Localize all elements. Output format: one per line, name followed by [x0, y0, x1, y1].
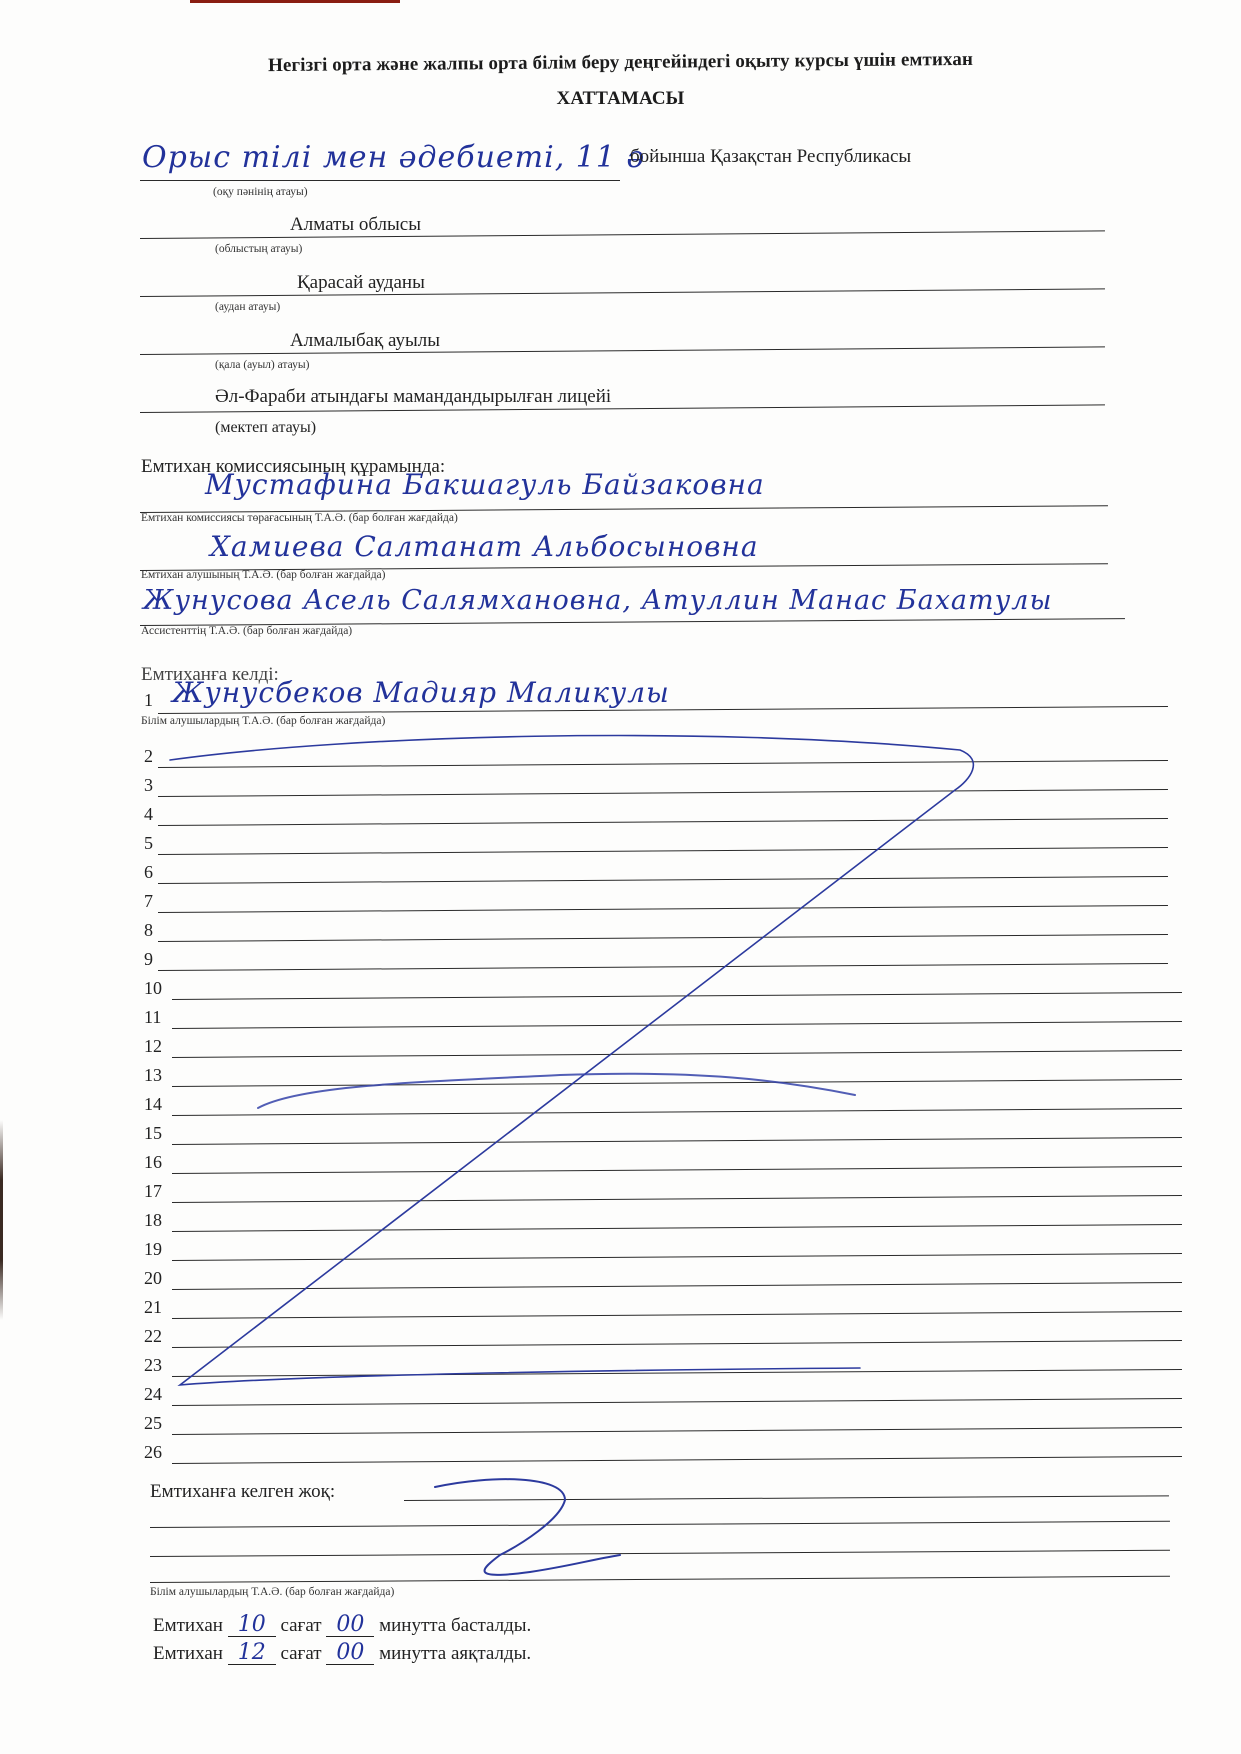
end-prefix: Емтихан [153, 1643, 223, 1664]
z-stroke-mid [258, 1074, 855, 1108]
attended-row-number: 24 [144, 1384, 174, 1405]
absent-rule-2 [150, 1521, 1170, 1528]
school-value: Әл-Фараби атындағы мамандандырылған лице… [215, 386, 611, 408]
attended-row-rule [158, 818, 1168, 826]
attended-row-number: 15 [144, 1123, 174, 1144]
attended-row-name: Жунусбеков Мадияр Маликулы [172, 676, 670, 709]
attended-row-rule [172, 1253, 1182, 1261]
attended-row-number: 13 [144, 1065, 174, 1086]
attended-row-number: 17 [144, 1181, 174, 1202]
school-caption: (мектеп атауы) [215, 419, 316, 437]
attended-row-number: 21 [144, 1297, 174, 1318]
end-suffix: минутта аяқталды. [379, 1643, 531, 1664]
chair-caption: Емтихан комиссиясы төрағасының Т.А.Ә. (б… [141, 512, 458, 524]
attended-row-number: 22 [144, 1326, 174, 1347]
paper-left-shadow [0, 1120, 3, 1320]
attended-row-rule [172, 1369, 1182, 1377]
attended-row-number: 4 [144, 804, 174, 825]
attended-row-rule [158, 789, 1168, 797]
assistants-caption: Ассистенттің Т.А.Ә. (бар болған жағдайда… [141, 625, 352, 637]
end-minutes: 00 [326, 1642, 374, 1665]
absent-z-stroke [435, 1479, 620, 1575]
attended-row-number: 18 [144, 1210, 174, 1231]
start-prefix: Емтихан [153, 1615, 223, 1636]
chair-handwritten: Мустафина Бакшагуль Байзаковна [205, 468, 765, 501]
document-subtitle: ХАТТАМАСЫ [0, 88, 1241, 110]
paper-edge-strip [190, 0, 400, 3]
attended-row-rule [158, 876, 1168, 884]
attended-row-rule [158, 934, 1168, 942]
district-caption: (аудан атауы) [215, 301, 280, 313]
attended-row-rule [172, 1311, 1182, 1319]
attended-row-number: 9 [144, 949, 174, 970]
end-time-line: Емтихан 12 сағат 00 минутта аяқталды. [153, 1642, 531, 1665]
document-title: Негізгі орта және жалпы орта білім беру … [0, 47, 1241, 80]
city-value: Алмалыбақ ауылы [290, 330, 440, 352]
subject-handwritten: Орыс тілі мен әдебиеті, 11 ә [142, 140, 645, 175]
start-hours: 10 [228, 1614, 276, 1637]
region-rule [140, 230, 1105, 239]
attended-row-number: 25 [144, 1413, 174, 1434]
attended-row-rule [172, 1166, 1182, 1174]
attended-row-number: 23 [144, 1355, 174, 1376]
attended-row-rule [172, 1282, 1182, 1290]
end-hours: 12 [228, 1642, 276, 1665]
attended-row-rule [172, 1195, 1182, 1203]
attended-row-rule [172, 1340, 1182, 1348]
attended-row-number: 2 [144, 746, 174, 767]
start-suffix: минутта басталды. [379, 1615, 531, 1636]
attended-row-rule [172, 1456, 1182, 1464]
attended-row-number: 11 [144, 1007, 174, 1028]
absent-rule-1 [404, 1495, 1169, 1501]
attended-row-number: 5 [144, 833, 174, 854]
examiner-caption: Емтихан алушының Т.А.Ә. (бар болған жағд… [141, 569, 386, 581]
subject-caption: (оқу пәнінің атауы) [213, 186, 308, 198]
attended-row-number: 19 [144, 1239, 174, 1260]
attended-row-number: 7 [144, 891, 174, 912]
start-minutes: 00 [326, 1614, 374, 1637]
attended-row-rule [158, 905, 1168, 913]
examiner-handwritten: Хамиева Салтанат Альбосыновна [210, 530, 759, 563]
attended-row-rule [172, 1050, 1182, 1058]
absent-rule-4 [150, 1576, 1170, 1583]
attended-row-number: 8 [144, 920, 174, 941]
absent-rule-3 [150, 1550, 1170, 1557]
assistants-handwritten: Жунусова Асель Салямхановна, Атуллин Ман… [143, 585, 1052, 616]
attended-row-number: 10 [144, 978, 174, 999]
attended-row-rule [172, 1398, 1182, 1406]
attended-row-number: 14 [144, 1094, 174, 1115]
attended-row-number: 1 [144, 690, 174, 711]
attended-row-rule [172, 992, 1182, 1000]
attended-row-rule [172, 1108, 1182, 1116]
attended-row-rule [172, 1137, 1182, 1145]
attended-row-number: 3 [144, 775, 174, 796]
attended-caption: Білім алушылардың Т.А.Ә. (бар болған жағ… [141, 715, 385, 727]
start-mid: сағат [280, 1615, 321, 1636]
city-caption: (қала (ауыл) атауы) [215, 359, 309, 371]
start-time-line: Емтихан 10 сағат 00 минутта басталды. [153, 1614, 531, 1637]
attended-row-number: 26 [144, 1442, 174, 1463]
subject-suffix: бойынша Қазақстан Республикасы [630, 146, 911, 168]
attended-row-number: 6 [144, 862, 174, 883]
district-value: Қарасай ауданы [297, 272, 425, 294]
attended-row-rule [158, 963, 1168, 971]
district-rule [140, 288, 1105, 297]
absent-heading: Емтиханға келген жоқ: [150, 1481, 335, 1503]
end-mid: сағат [280, 1643, 321, 1664]
absent-caption: Білім алушылардың Т.А.Ә. (бар болған жағ… [150, 1586, 394, 1598]
attended-row-rule [172, 1021, 1182, 1029]
subject-rule [140, 180, 620, 181]
attended-row-number: 12 [144, 1036, 174, 1057]
attended-row-rule [172, 1079, 1182, 1087]
attended-row-rule [172, 1427, 1182, 1435]
attended-row-rule [158, 847, 1168, 855]
attended-row-rule [172, 1224, 1182, 1232]
attended-row-number: 16 [144, 1152, 174, 1173]
attended-row-rule [158, 760, 1168, 768]
region-value: Алматы облысы [290, 214, 421, 236]
region-caption: (облыстың атауы) [215, 243, 302, 255]
attended-row-number: 20 [144, 1268, 174, 1289]
city-rule [140, 346, 1105, 355]
